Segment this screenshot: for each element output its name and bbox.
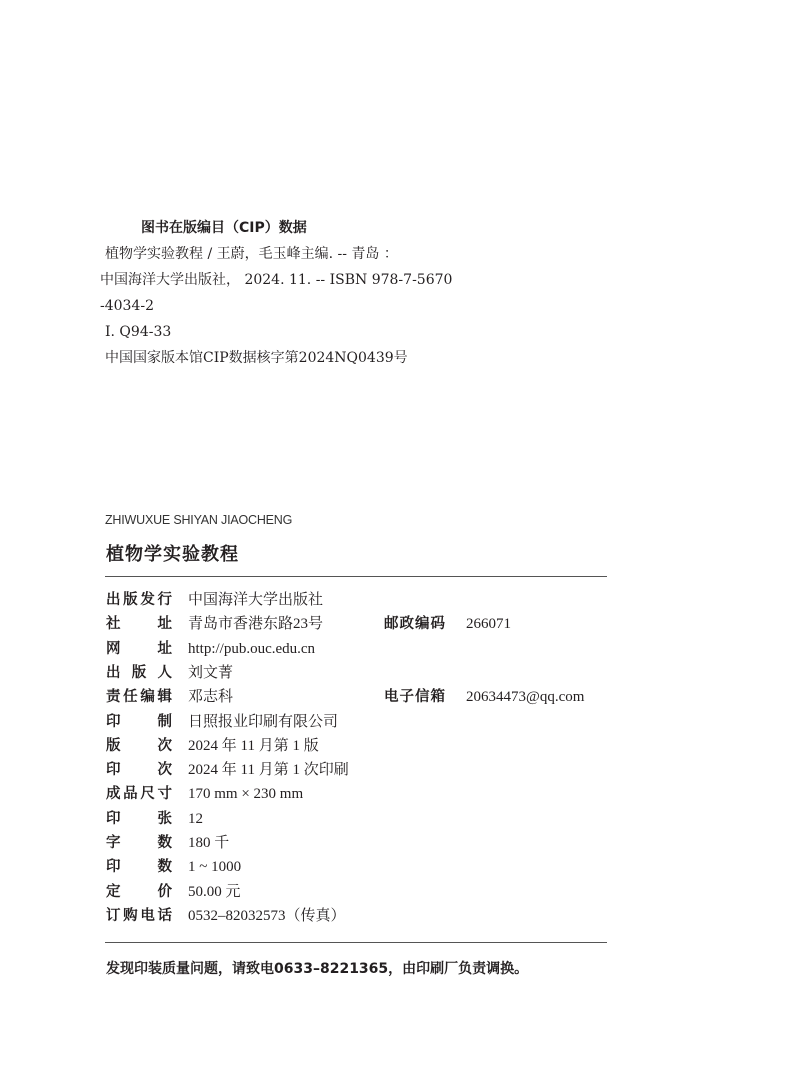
cip-line-isbn-cont: -4034-2	[100, 293, 154, 319]
info-label-char: 行	[157, 589, 172, 611]
info-label: 印次	[106, 759, 172, 781]
info-label-char: 次	[158, 735, 173, 757]
info-label-char: 出	[106, 589, 121, 611]
bottom-divider	[105, 942, 607, 943]
info-value-secondary: 266071	[466, 613, 511, 635]
cip-line-classification: Ⅰ. Q94-33	[105, 319, 171, 345]
info-label-char: 订	[106, 905, 121, 927]
info-label-char: 社	[106, 613, 121, 635]
info-label: 出版发行	[106, 589, 172, 611]
info-label: 印张	[106, 808, 172, 830]
info-label: 印数	[106, 856, 172, 878]
info-label-char: 发	[140, 589, 155, 611]
info-value: 2024 年 11 月第 1 版	[188, 735, 319, 757]
book-pinyin-title: ZHIWUXUE SHIYAN JIAOCHENG	[105, 513, 292, 527]
info-value: 50.00 元	[188, 881, 241, 903]
info-label-char: 尺	[140, 783, 155, 805]
info-value: 0532–82032573（传真）	[188, 905, 346, 927]
info-label-char: 制	[158, 711, 173, 733]
info-label: 成品尺寸	[106, 783, 172, 805]
cip-line-title: 植物学实验教程 / 王蔚，毛玉峰主编. -- 青岛 ：	[105, 241, 398, 267]
info-label-char: 版	[123, 589, 138, 611]
info-label: 版次	[106, 735, 172, 757]
info-label: 定价	[106, 881, 172, 903]
info-label-char: 寸	[157, 783, 172, 805]
info-label-char: 次	[158, 759, 173, 781]
info-label-char: 价	[158, 881, 173, 903]
info-label-char: 购	[123, 905, 138, 927]
info-value-secondary: 20634473@qq.com	[466, 686, 584, 708]
info-label: 社址	[106, 613, 172, 635]
info-label-char: 任	[123, 686, 138, 708]
info-value: 中国海洋大学出版社	[188, 589, 323, 611]
info-value: 青岛市香港东路23号	[188, 613, 323, 635]
info-label: 印制	[106, 711, 172, 733]
info-label-char: 品	[123, 783, 138, 805]
info-label-char: 成	[106, 783, 121, 805]
info-value: 邓志科	[188, 686, 233, 708]
info-label-char: 数	[158, 832, 173, 854]
info-label-char: 版	[132, 662, 147, 684]
info-label-char: 址	[158, 613, 173, 635]
info-label: 字数	[106, 832, 172, 854]
info-label-char: 字	[106, 832, 121, 854]
info-label: 订购电话	[106, 905, 172, 927]
info-value: 1 ~ 1000	[188, 856, 241, 878]
info-label-char: 出	[106, 662, 121, 684]
info-label-char: 印	[106, 808, 121, 830]
info-value: http://pub.ouc.edu.cn	[188, 638, 315, 660]
info-label-char: 责	[106, 686, 121, 708]
info-label: 网址	[106, 638, 172, 660]
info-label: 责任编辑	[106, 686, 172, 708]
cip-heading: 图书在版编目（CIP）数据	[105, 215, 307, 241]
info-label-secondary: 电子信箱	[384, 686, 450, 708]
info-label-char: 张	[158, 808, 173, 830]
info-label-char: 版	[106, 735, 121, 757]
info-label-char: 址	[158, 638, 173, 660]
info-label-char: 话	[157, 905, 172, 927]
info-label-char: 电	[140, 905, 155, 927]
info-label-char: 印	[106, 711, 121, 733]
info-label-char: 人	[158, 662, 173, 684]
info-label-char: 网	[106, 638, 121, 660]
info-label-char: 印	[106, 856, 121, 878]
info-label-char: 数	[158, 856, 173, 878]
info-label-char: 印	[106, 759, 121, 781]
info-value: 2024 年 11 月第 1 次印刷	[188, 759, 349, 781]
info-value: 170 mm × 230 mm	[188, 783, 303, 805]
cip-line-approval-number: 中国国家版本馆CIP数据核字第2024NQ0439号	[105, 345, 408, 371]
info-label-char: 辑	[157, 686, 172, 708]
info-value: 12	[188, 808, 203, 830]
info-value: 日照报业印刷有限公司	[188, 711, 338, 733]
top-divider	[105, 576, 607, 577]
quality-notice: 发现印装质量问题，请致电0633–8221365，由印刷厂负责调换。	[106, 958, 528, 978]
info-label-char: 定	[106, 881, 121, 903]
book-title: 植物学实验教程	[106, 540, 239, 566]
info-value: 刘文菁	[188, 662, 233, 684]
info-label-char: 编	[140, 686, 155, 708]
info-value: 180 千	[188, 832, 229, 854]
info-label: 出版人	[106, 662, 172, 684]
info-label-secondary: 邮政编码	[384, 613, 450, 635]
cip-line-publisher: 中国海洋大学出版社， 2024. 11. -- ISBN 978-7-5670	[100, 267, 452, 293]
